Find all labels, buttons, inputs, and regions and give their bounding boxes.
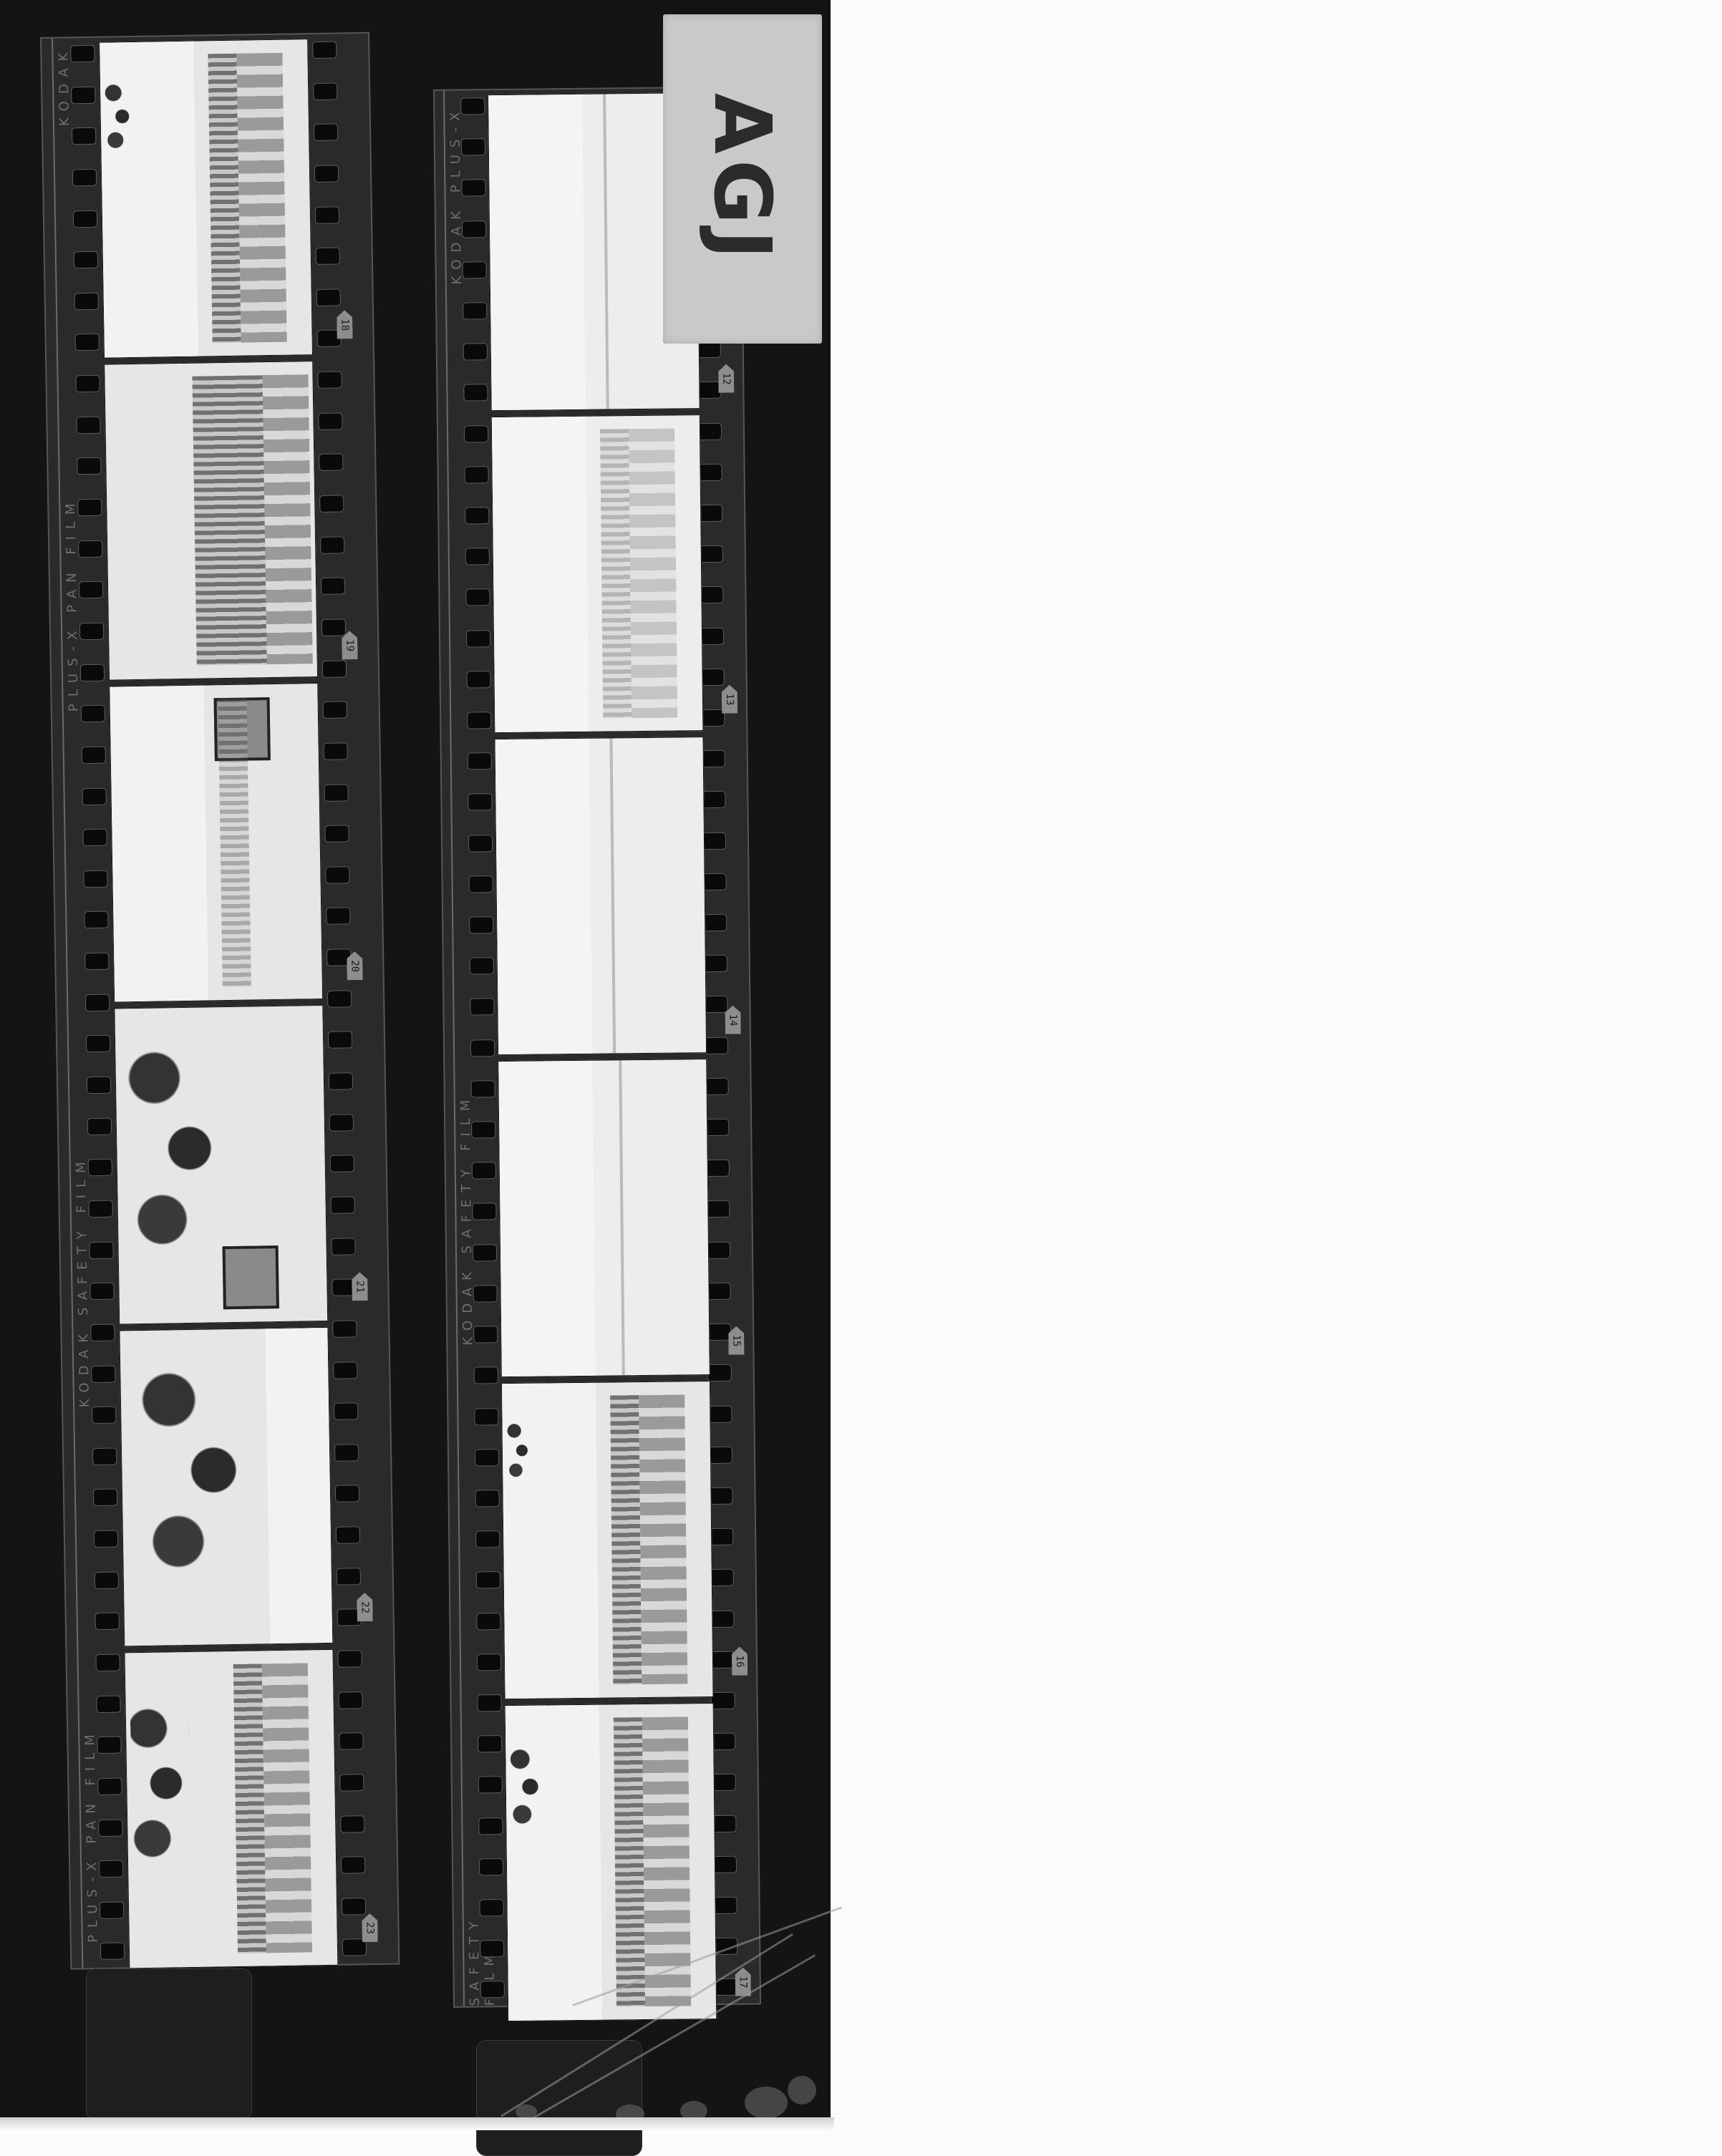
sprocket-hole	[465, 466, 489, 483]
sprocket-hole	[91, 1365, 115, 1383]
sprocket-hole	[465, 507, 489, 524]
sprocket-hole	[328, 1031, 352, 1049]
sprocket-hole	[326, 908, 350, 926]
sprocket-hole	[313, 82, 337, 100]
sprocket-hole	[323, 701, 347, 719]
sprocket-hole	[87, 1117, 112, 1135]
sprocket-hole	[465, 548, 490, 565]
sprocket-hole	[319, 454, 343, 472]
sprocket-hole	[93, 1489, 117, 1507]
sprocket-hole	[82, 829, 107, 847]
sprocket-hole	[473, 1285, 497, 1302]
sprocket-hole	[480, 1981, 505, 1998]
film-leader	[476, 2040, 642, 2156]
sprocket-hole	[472, 1162, 496, 1179]
sheet-shadow	[0, 2117, 834, 2130]
sprocket-hole	[470, 957, 494, 974]
sprocket-hole	[336, 1526, 360, 1544]
frame-14	[495, 737, 707, 1055]
sprocket-hole	[90, 1324, 115, 1341]
sprocket-hole	[81, 705, 105, 723]
sprocket-hole	[97, 1777, 122, 1795]
sprocket-hole	[327, 990, 352, 1008]
sprocket-hole	[473, 1244, 497, 1261]
sprocket-hole	[71, 86, 95, 104]
sprocket-hole	[480, 1940, 504, 1957]
sprocket-hole	[333, 1361, 357, 1379]
sprocket-hole	[75, 334, 100, 351]
sprocket-hole	[72, 169, 97, 187]
sprocket-hole	[467, 671, 491, 688]
sprocket-hole	[339, 1732, 363, 1750]
sprocket-hole	[84, 953, 109, 971]
sprocket-hole	[334, 1402, 358, 1420]
sprocket-hole	[95, 1654, 120, 1672]
sprocket-hole	[335, 1485, 359, 1503]
sprocket-hole	[334, 1444, 359, 1462]
sprocket-hole	[89, 1241, 113, 1259]
sprocket-hole	[86, 1035, 110, 1053]
sprocket-hole	[465, 589, 490, 606]
sprocket-hole	[468, 835, 493, 852]
sprocket-hole	[461, 180, 485, 197]
sprocket-hole	[708, 1487, 732, 1505]
sprocket-hole	[95, 1571, 119, 1589]
sprocket-hole	[710, 1569, 734, 1586]
frame-20	[109, 683, 323, 1003]
sprocket-hole	[316, 288, 341, 306]
sprocket-hole	[315, 206, 339, 224]
sprocket-hole	[470, 1039, 495, 1057]
frame-21	[114, 1005, 328, 1325]
sprocket-hole	[700, 627, 724, 644]
sprocket-hole	[707, 1405, 732, 1422]
sprocket-hole	[317, 372, 342, 389]
sprocket-hole	[337, 1650, 362, 1668]
frame-18	[99, 39, 313, 359]
sprocket-hole	[474, 1366, 498, 1384]
sprocket-hole	[79, 581, 103, 599]
sprocket-hole	[324, 742, 348, 760]
sprocket-hole	[100, 1901, 124, 1919]
sprocket-hole	[698, 505, 722, 522]
sprocket-hole	[469, 916, 493, 933]
sprocket-hole	[337, 1568, 361, 1586]
sprocket-hole	[464, 425, 488, 442]
frame-17	[505, 1703, 717, 2021]
sprocket-hole	[320, 536, 344, 554]
sprocket-hole	[703, 996, 727, 1013]
sprocket-hole	[462, 220, 486, 238]
sprocket-hole	[474, 1408, 498, 1425]
sprocket-hole	[476, 1613, 500, 1630]
sprocket-hole	[74, 251, 98, 269]
sprocket-hole	[706, 1241, 730, 1258]
sprocket-hole	[460, 97, 485, 115]
sprocket-hole	[700, 709, 725, 727]
sprocket-hole	[316, 248, 340, 266]
sprocket-hole	[76, 417, 100, 434]
sprocket-hole	[79, 623, 104, 641]
sprocket-hole	[476, 1571, 500, 1588]
sprocket-hole	[80, 664, 105, 681]
sprocket-hole	[72, 127, 96, 145]
sprocket-hole	[706, 1283, 730, 1300]
film-leader	[86, 1968, 252, 2120]
sprocket-hole	[702, 873, 726, 890]
sprocket-hole	[697, 464, 722, 481]
sprocket-hole	[90, 1283, 114, 1301]
stain	[745, 2087, 788, 2119]
sprocket-hole	[319, 495, 344, 513]
film-strip-right: KODAK PLUS-X KODAK SAFETY FILM SAFETY FI…	[433, 86, 761, 2007]
sprocket-hole	[73, 210, 97, 228]
sprocket-hole	[475, 1449, 499, 1466]
sprocket-hole	[322, 660, 347, 678]
sprocket-hole	[710, 1610, 734, 1627]
frame-22	[119, 1327, 333, 1647]
sprocket-hole	[92, 1407, 116, 1424]
sprocket-hole	[98, 1819, 122, 1837]
sprocket-hole	[710, 1692, 735, 1709]
frame-16	[501, 1381, 714, 1699]
sprocket-hole	[703, 955, 727, 972]
sprocket-hole	[712, 1855, 737, 1873]
sprocket-hole	[461, 138, 485, 155]
sprocket-hole	[332, 1320, 357, 1338]
sprocket-hole	[478, 1776, 503, 1793]
sprocket-hole	[704, 1036, 728, 1054]
frames-right	[488, 92, 717, 2021]
sprocket-hole	[468, 752, 492, 769]
sprocket-hole	[77, 499, 102, 517]
sprocket-hole	[477, 1694, 501, 1711]
sprocket-hole	[478, 1817, 503, 1835]
contact-sheet: KODAK PLUS-X PAN FILM KODAK SAFETY FILM …	[0, 0, 831, 2119]
sprocket-hole	[97, 1737, 121, 1754]
sprocket-hole	[329, 1114, 354, 1132]
sprocket-hole	[468, 794, 492, 811]
sprocket-hole	[699, 586, 723, 603]
sprocket-hole	[473, 1326, 498, 1343]
sprocket-hole	[479, 1858, 503, 1875]
sprocket-hole	[340, 1815, 364, 1833]
sprocket-hole	[342, 1898, 366, 1915]
sprocket-hole	[78, 540, 102, 558]
sprocket-hole	[471, 1121, 495, 1138]
sprocket-hole	[471, 1080, 495, 1097]
sprocket-hole	[478, 1735, 502, 1752]
film-strip-left: KODAK PLUS-X PAN FILM KODAK SAFETY FILM …	[40, 32, 400, 1970]
sprocket-hole	[84, 911, 108, 929]
sprocket-hole	[700, 669, 724, 686]
sprocket-hole	[94, 1530, 118, 1548]
frames-left	[99, 39, 338, 1968]
sprocket-hole	[463, 261, 487, 278]
sprocket-hole	[100, 1943, 125, 1961]
sprocket-hole	[467, 712, 491, 729]
sprocket-hole	[324, 784, 348, 802]
sprocket-hole	[463, 384, 488, 402]
sprocket-hole	[85, 994, 110, 1011]
sprocket-hole	[99, 1860, 123, 1878]
sprocket-hole	[708, 1446, 732, 1463]
sprocket-hole	[711, 1733, 735, 1750]
sprocket-hole	[339, 1774, 364, 1792]
sprocket-hole	[338, 1691, 362, 1709]
sprocket-hole	[314, 124, 338, 142]
sprocket-hole	[702, 832, 726, 849]
stain	[788, 2076, 816, 2104]
sprocket-hole	[330, 1196, 354, 1214]
sprocket-hole	[712, 1815, 736, 1832]
sprocket-hole	[712, 1897, 737, 1914]
sprocket-hole	[472, 1203, 496, 1220]
sprocket-hole	[82, 787, 106, 805]
sprocket-hole	[697, 382, 721, 399]
tape-label-text: AGJ	[697, 93, 788, 265]
sprocket-hole	[475, 1490, 499, 1507]
sprocket-hole	[705, 1200, 730, 1218]
sprocket-hole	[466, 630, 490, 647]
frame-15	[498, 1059, 710, 1377]
sprocket-hole	[697, 422, 722, 440]
sprocket-hole	[325, 866, 349, 884]
sprocket-hole	[712, 1774, 736, 1791]
edge-line	[443, 91, 465, 2006]
tape-label: AGJ	[663, 14, 822, 344]
sprocket-hole	[475, 1530, 500, 1548]
sprocket-hole	[477, 1654, 501, 1671]
sprocket-hole	[707, 1324, 731, 1341]
sprocket-hole	[92, 1447, 117, 1465]
sprocket-hole	[701, 791, 725, 808]
sprocket-hole	[331, 1238, 355, 1256]
sprocket-hole	[710, 1651, 735, 1668]
sprocket-hole	[70, 45, 95, 63]
sprocket-hole	[318, 412, 342, 430]
sprocket-hole	[707, 1364, 732, 1382]
sprocket-hole	[75, 375, 100, 393]
sprocket-hole	[463, 302, 487, 319]
sprocket-hole	[77, 457, 101, 475]
sprocket-hole	[709, 1528, 733, 1545]
sprocket-hole	[88, 1159, 112, 1177]
sprocket-hole	[704, 1078, 728, 1095]
sprocket-hole	[469, 875, 493, 893]
sprocket-hole	[314, 165, 339, 183]
sprocket-hole	[96, 1695, 120, 1713]
sprocket-hole	[330, 1155, 354, 1173]
sprocket-hole	[87, 1077, 111, 1094]
sprocket-hole	[95, 1613, 120, 1631]
sprocket-hole	[479, 1899, 503, 1916]
frame-19	[104, 361, 318, 681]
frame-13	[491, 414, 704, 733]
sprocket-hole	[321, 618, 346, 636]
sprocket-hole	[463, 343, 488, 360]
sprocket-hole	[341, 1856, 365, 1874]
stain	[516, 2104, 537, 2119]
sprocket-hole	[705, 1119, 729, 1136]
sprocket-hole	[701, 750, 725, 767]
sprocket-hole	[89, 1200, 113, 1218]
sprocket-hole	[470, 999, 494, 1016]
sprocket-hole	[699, 545, 723, 563]
sprocket-hole	[702, 914, 727, 931]
sprocket-hole	[329, 1072, 353, 1090]
sprocket-hole	[324, 825, 349, 843]
sprocket-hole	[82, 747, 106, 764]
sprocket-hole	[312, 41, 337, 59]
sprocket-hole	[705, 1160, 730, 1177]
frame-23	[124, 1649, 338, 1969]
sprocket-hole	[74, 293, 99, 311]
sprocket-hole	[321, 578, 345, 596]
sprocket-hole	[83, 870, 107, 888]
